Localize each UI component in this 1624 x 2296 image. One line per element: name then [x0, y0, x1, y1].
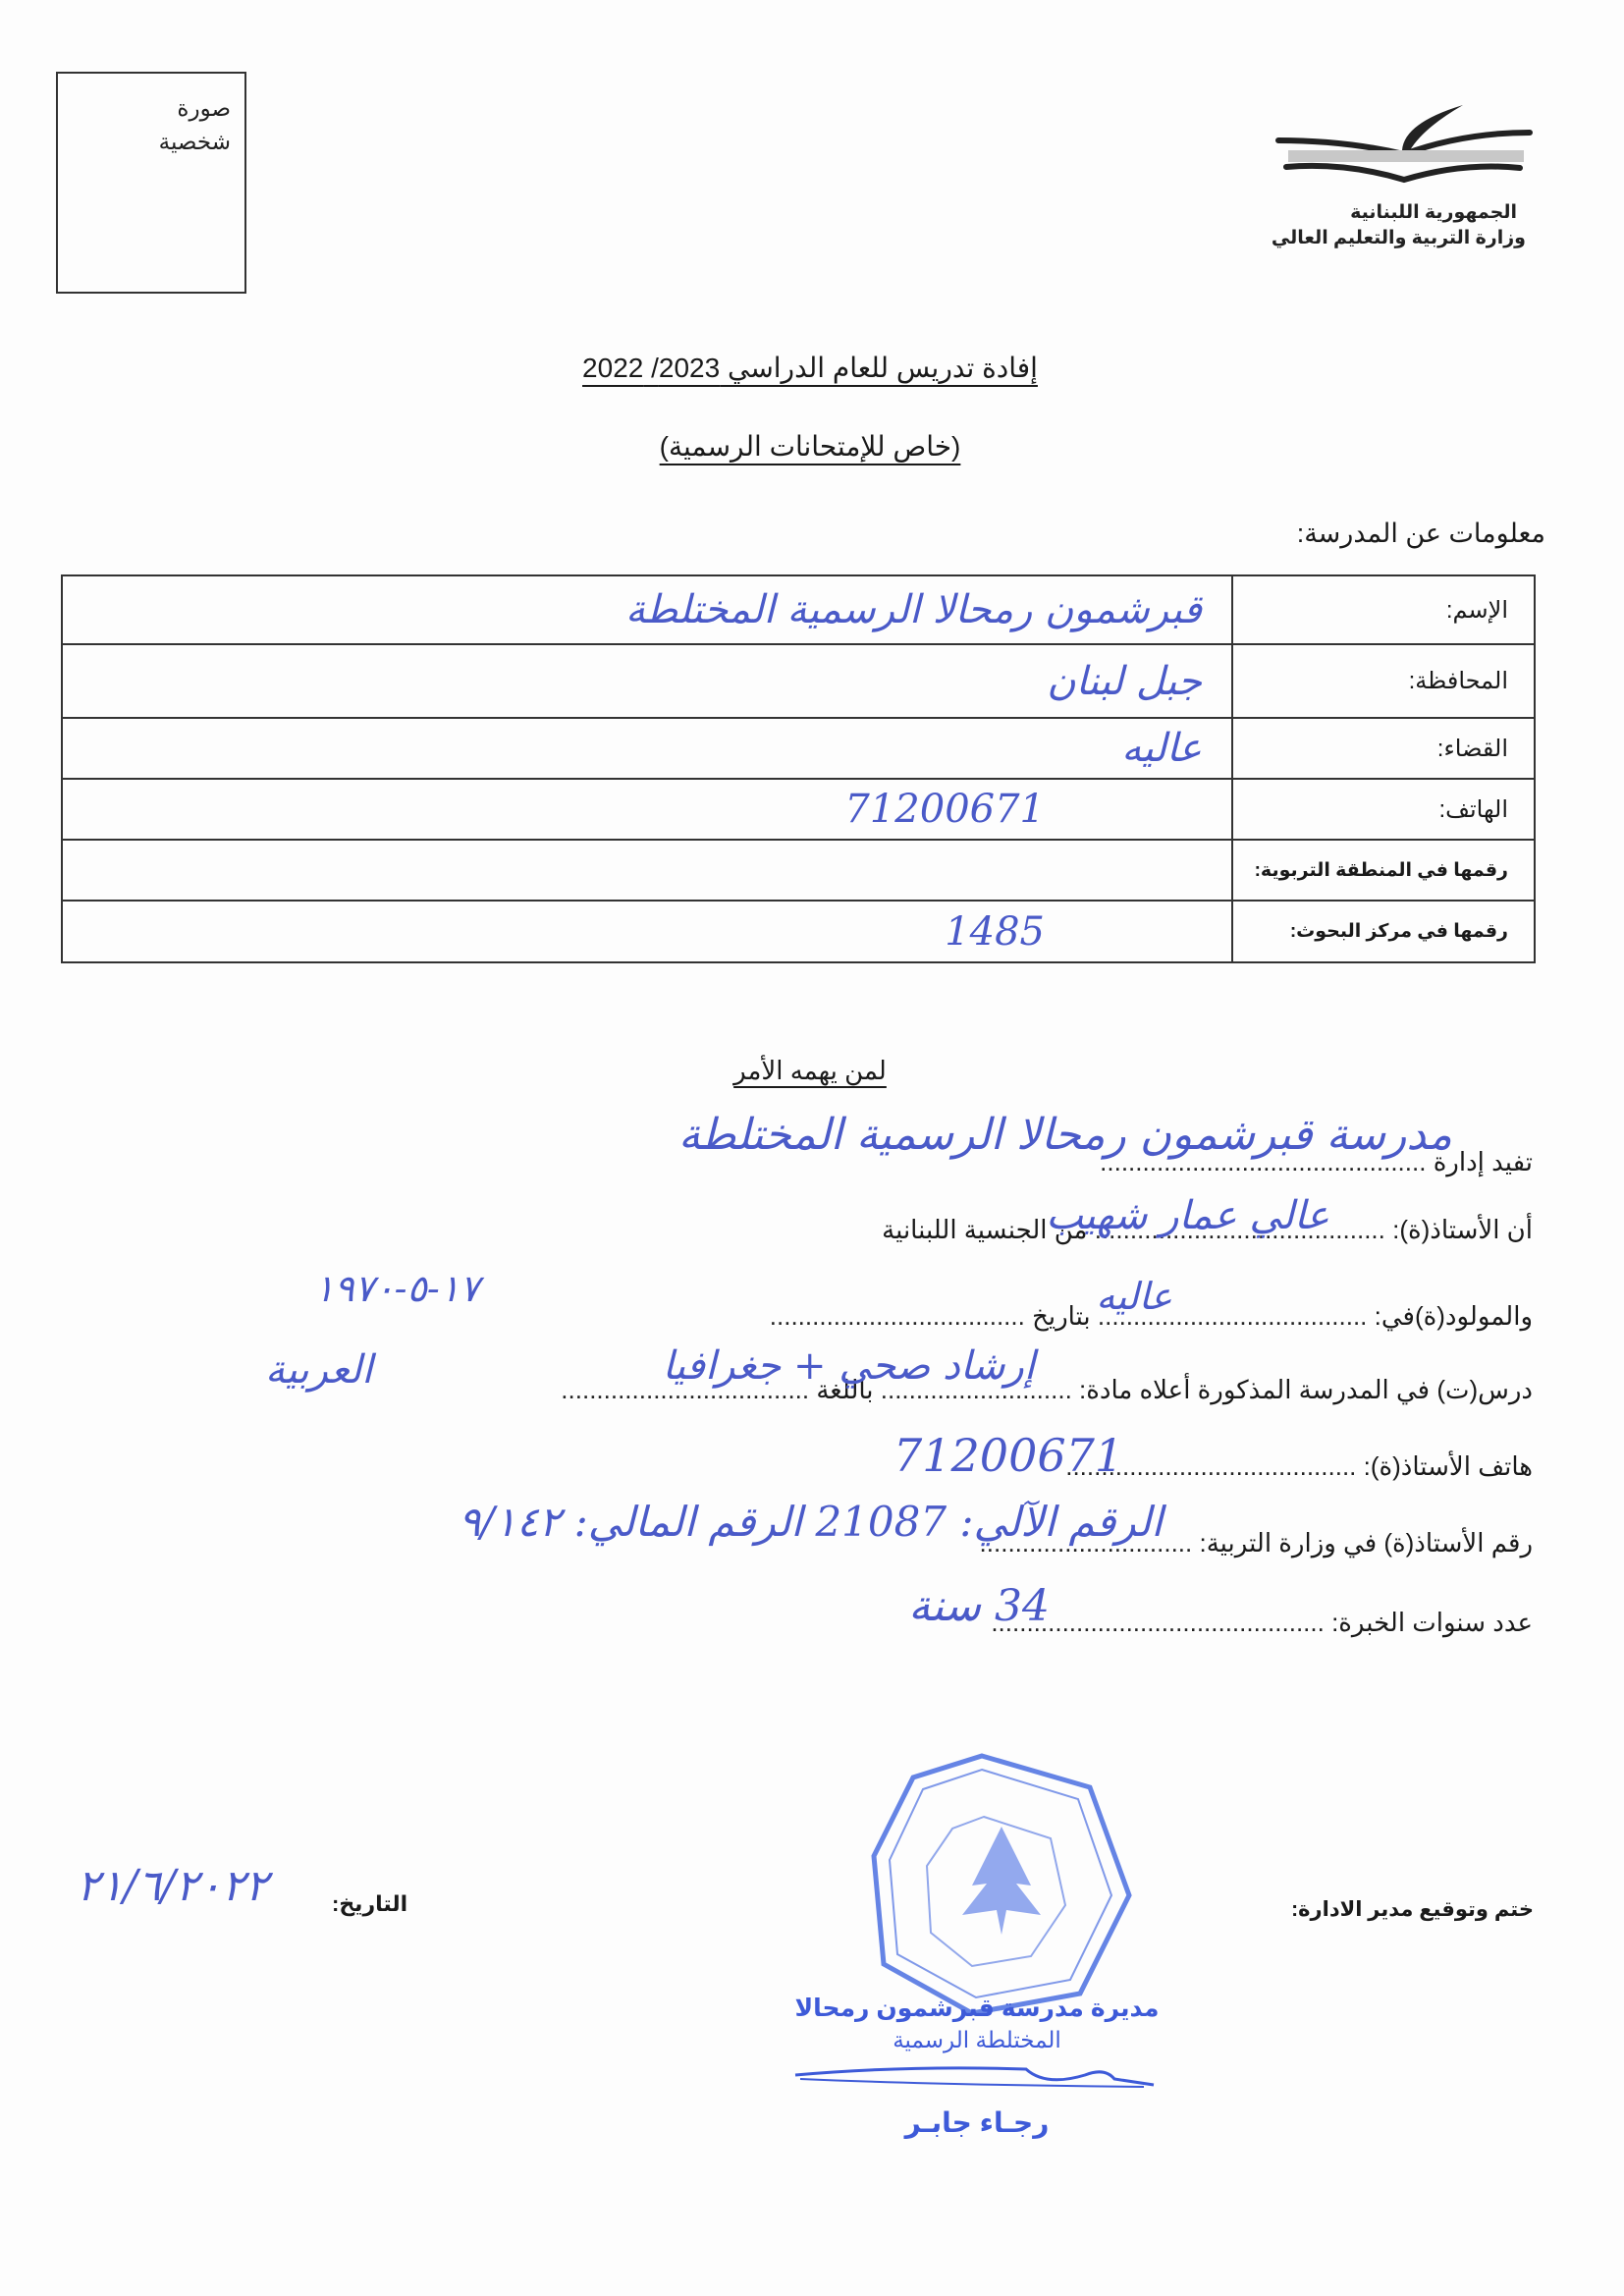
- logo-ministry-text: وزارة التربية والتعليم العالي: [1272, 227, 1526, 249]
- table-row: 71200671 الهاتف:: [62, 779, 1535, 840]
- teacher-phone-line: هاتف الأستاذ(ة): .......................…: [1065, 1451, 1533, 1482]
- school-info-heading: معلومات عن المدرسة:: [1297, 519, 1545, 549]
- page-subtitle: (خاص للإمتحانات الرسمية): [491, 430, 1129, 463]
- teacher-phone-value: 71200671: [893, 1429, 1123, 1482]
- dotted-field: ....................................: [770, 1301, 1025, 1331]
- logo-republic-text: الجمهورية اللبنانية: [1350, 201, 1517, 224]
- date-label: التاريخ:: [332, 1891, 407, 1917]
- principal-title-line1: مديرة مدرسة قبرشمون رمحالا: [766, 1994, 1188, 2023]
- ministry-number-value: الرقم الآلي: 21087 الرقم المالي: ٩/١٤٢: [459, 1498, 1163, 1546]
- research-center-number-value: 1485: [62, 901, 1232, 962]
- page-title: إفادة تدريس للعام الدراسي 2023/ 2022: [491, 352, 1129, 384]
- teacher-phone-label: هاتف الأستاذ(ة):: [1364, 1451, 1533, 1481]
- table-row: جبل لبنان المحافظة:: [62, 644, 1535, 718]
- birth-date-label: بتاريخ: [1032, 1301, 1091, 1331]
- district-label: القضاء:: [1232, 718, 1535, 779]
- ministry-logo: الجمهورية اللبنانية وزارة التربية والتعل…: [1267, 93, 1561, 250]
- principal-signature-block: مديرة مدرسة قبرشمون رمحالا المختلطة الرس…: [766, 1994, 1188, 2139]
- education-zone-number-label: رقمها في المنطقة التربوية:: [1232, 840, 1535, 901]
- signature-scribble-icon: [790, 2057, 1164, 2097]
- governorate-label: المحافظة:: [1232, 644, 1535, 718]
- table-row: رقمها في المنطقة التربوية:: [62, 840, 1535, 901]
- photo-label-line2: شخصية: [159, 125, 231, 158]
- table-row: 1485 رقمها في مركز البحوث:: [62, 901, 1535, 962]
- governorate-value: جبل لبنان: [62, 644, 1232, 718]
- teacher-label: أن الأستاذ(ة):: [1392, 1215, 1533, 1244]
- school-admin-value: مدرسة قبرشمون رمحالا الرسمية المختلطة: [678, 1110, 1452, 1160]
- teacher-name-value: عالي عمار شهيب: [1046, 1193, 1329, 1238]
- official-stamp: [864, 1748, 1139, 2023]
- birth-date-value: ١٧-٥-١٩٧٠: [314, 1267, 480, 1310]
- born-in-label: والمولود(ة)في:: [1375, 1301, 1533, 1331]
- principal-name: رجـاء جابـر: [766, 2106, 1188, 2139]
- open-book-icon: [1267, 93, 1561, 191]
- district-value: عاليه: [62, 718, 1232, 779]
- research-center-number-label: رقمها في مركز البحوث:: [1232, 901, 1535, 962]
- education-zone-number-value: [62, 840, 1232, 901]
- school-info-table: قبرشمون رمحالا الرسمية المختلطة الإسم: ج…: [61, 574, 1536, 963]
- cedar-stamp-icon: [864, 1748, 1139, 2023]
- school-name-value: قبرشمون رمحالا الرسمية المختلطة: [62, 575, 1232, 644]
- language-value: العربية: [265, 1347, 372, 1393]
- experience-label: عدد سنوات الخبرة:: [1331, 1608, 1533, 1637]
- school-name-label: الإسم:: [1232, 575, 1535, 644]
- table-row: عاليه القضاء:: [62, 718, 1535, 779]
- date-value: ٢١/٦/٢٠٢٢: [77, 1861, 268, 1911]
- experience-value: 34 سنة: [908, 1581, 1050, 1631]
- school-phone-value: 71200671: [62, 779, 1232, 840]
- to-whom-heading: لمن يهمه الأمر: [677, 1056, 943, 1086]
- principal-title-line2: المختلطة الرسمية: [766, 2027, 1188, 2053]
- born-in-value: عاليه: [1096, 1275, 1172, 1318]
- ministry-number-label: رقم الأستاذ(ة) في وزارة التربية:: [1200, 1528, 1534, 1558]
- experience-line: عدد سنوات الخبرة: ......................…: [991, 1608, 1533, 1638]
- personal-photo-box: صورة شخصية: [56, 72, 246, 294]
- signature-label: ختم وتوقيع مدير الادارة:: [1291, 1897, 1534, 1922]
- table-row: قبرشمون رمحالا الرسمية المختلطة الإسم:: [62, 575, 1535, 644]
- photo-label-line1: صورة: [159, 91, 231, 125]
- school-phone-label: الهاتف:: [1232, 779, 1535, 840]
- subject-value: إرشاد صحي + جغرافيا: [663, 1343, 1035, 1389]
- taught-label: درس(ت) في المدرسة المذكورة أعلاه مادة:: [1079, 1375, 1533, 1404]
